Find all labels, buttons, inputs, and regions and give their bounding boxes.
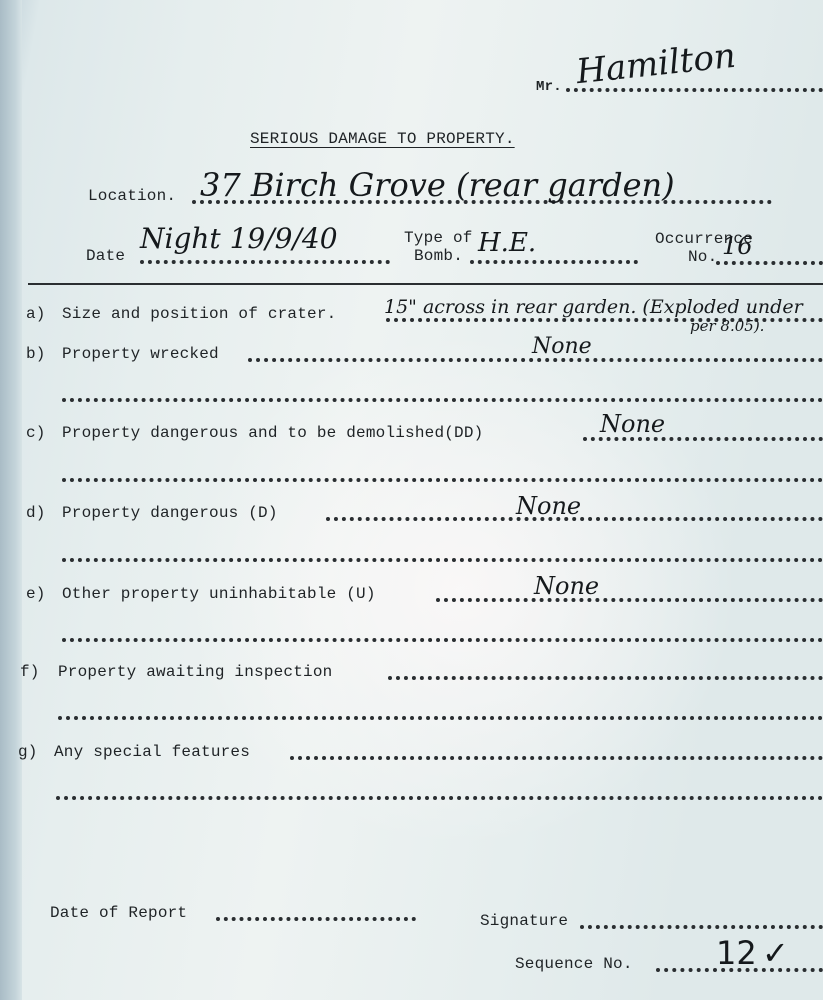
item-d-handwritten: None [516, 492, 581, 520]
item-g-label: Any special features [54, 743, 250, 761]
item-d-letter: d) [26, 504, 46, 522]
item-c-handwritten: None [600, 410, 665, 438]
occurrence-handwritten: 16 [722, 232, 753, 260]
item-g-dotted-line-2 [56, 796, 823, 800]
officer-handwritten: Hamilton [574, 36, 737, 93]
report-date-label: Date of Report [50, 904, 187, 922]
sequence-handwritten: 12 [716, 934, 757, 972]
officer-label: Mr. [536, 79, 562, 95]
item-e-dotted-line-2 [62, 638, 823, 642]
item-a-handwritten-line2: per 8.05). [690, 317, 764, 335]
location-label: Location. [88, 187, 176, 205]
header-divider [28, 283, 823, 285]
item-g-dotted-line [290, 756, 823, 760]
item-f-label: Property awaiting inspection [58, 663, 332, 681]
page-edge [0, 0, 22, 1000]
item-c-label: Property dangerous and to be demolished(… [62, 424, 483, 442]
bomb-type-label-line1: Type of [404, 229, 473, 247]
item-c-letter: c) [26, 424, 46, 442]
signature-label: Signature [480, 912, 568, 930]
item-g-letter: g) [18, 743, 38, 761]
location-handwritten: 37 Birch Grove (rear garden) [200, 166, 675, 204]
item-b-handwritten: None [532, 334, 592, 359]
item-d-label: Property dangerous (D) [62, 504, 278, 522]
sequence-label: Sequence No. [515, 955, 633, 973]
form-title: SERIOUS DAMAGE TO PROPERTY. [250, 130, 515, 148]
date-dotted-line [140, 260, 390, 264]
bomb-type-label-line2: Bomb. [414, 247, 463, 265]
item-e-dotted-line [436, 598, 823, 602]
item-f-dotted-line-2 [58, 716, 823, 720]
item-b-label: Property wrecked [62, 345, 219, 363]
bomb-type-handwritten: H.E. [478, 228, 536, 258]
item-d-dotted-line-2 [62, 558, 823, 562]
item-b-dotted-line-2 [62, 398, 823, 402]
item-a-handwritten: 15" across in rear garden. (Exploded und… [384, 296, 803, 318]
occurrence-dotted-line [716, 261, 823, 265]
item-c-dotted-line-2 [62, 478, 823, 482]
date-handwritten: Night 19/9/40 [140, 222, 338, 255]
item-b-letter: b) [26, 345, 46, 363]
report-date-dotted-line [216, 917, 416, 921]
item-e-handwritten: None [534, 572, 599, 600]
date-label: Date [86, 247, 125, 265]
item-a-label: Size and position of crater. [62, 305, 336, 323]
item-a-letter: a) [26, 305, 46, 323]
bomb-type-dotted-line [470, 260, 638, 264]
item-f-letter: f) [20, 663, 40, 681]
signature-dotted-line [580, 925, 823, 929]
item-f-dotted-line [388, 676, 823, 680]
occurrence-label-line2: No. [688, 248, 717, 266]
checkmark-icon: ✓ [762, 934, 789, 972]
item-e-label: Other property uninhabitable (U) [62, 585, 376, 603]
item-e-letter: e) [26, 585, 46, 603]
